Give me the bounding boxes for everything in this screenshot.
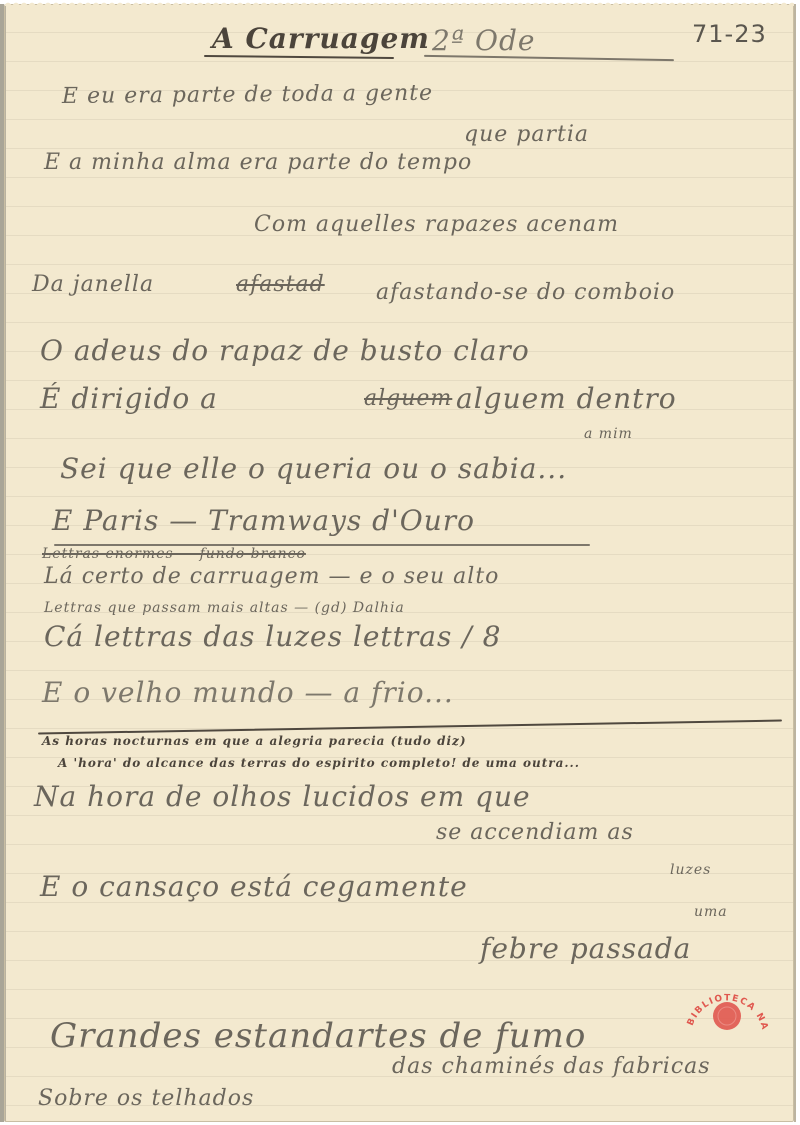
verse-line: Lettras que passam mais altas — (gd) Dal…	[44, 600, 405, 616]
header-subtitle-underline	[424, 55, 674, 61]
verse-line: É dirigido a	[40, 382, 218, 415]
note-line: As horas nocturnas em que a alegria pare…	[42, 734, 467, 748]
verse-line: Lá certo de carruagem — e o seu alto	[44, 564, 499, 589]
verse-insert: uma	[694, 904, 728, 920]
stamp-seal-icon: BIBLIOTECA NACIONAL	[682, 966, 772, 1046]
verse-line: E a minha alma era parte do tempo	[44, 150, 472, 175]
verse-insert: a mim	[584, 426, 633, 442]
struck-line: Lettras enormes — fundo branco	[42, 546, 306, 562]
verse-line: E o cansaço está cegamente	[40, 870, 468, 903]
verse-line: Grandes estandartes de fumo	[50, 1016, 586, 1056]
catalog-number: 71-23	[692, 20, 767, 48]
verse-line: febre passada	[480, 932, 691, 965]
scan-edge-right	[794, 4, 796, 1122]
header-title: A Carruagem	[212, 22, 430, 55]
verse-insert: que partia	[464, 122, 589, 147]
section-divider	[38, 720, 782, 735]
verse-line: E Paris — Tramways d'Ouro	[52, 504, 475, 537]
library-stamp: BIBLIOTECA NACIONAL	[682, 966, 772, 1046]
verse-line: O adeus do rapaz de busto claro	[40, 334, 530, 367]
verse-line: Na hora de olhos lucidos em que	[34, 780, 531, 813]
verse-line: E o velho mundo — a frio...	[42, 676, 454, 709]
verse-line: E eu era parte de toda a gente	[62, 81, 433, 109]
verse-line: alguem dentro	[456, 382, 677, 415]
struck-word: alguem	[364, 386, 452, 411]
verse-line: afastando-se do comboio	[376, 280, 675, 305]
manuscript-page: A Carruagem 2ª Ode 71-23 E eu era parte …	[4, 4, 794, 1122]
verse-line: Com aquelles rapazes acenam	[254, 212, 619, 237]
header-subtitle: 2ª Ode	[432, 24, 535, 57]
verse-insert: luzes	[670, 862, 711, 878]
verse-line: se accendiam as	[436, 820, 634, 845]
verse-line: Sei que elle o queria ou o sabia...	[60, 452, 567, 485]
header-title-underline	[204, 55, 394, 59]
verse-line: Da janella	[32, 272, 154, 297]
note-line: A 'hora' do alcance das terras do espiri…	[58, 756, 580, 770]
verse-line: das chaminés das fabricas	[392, 1054, 711, 1079]
verse-line: Cá lettras das luzes lettras / 8	[44, 620, 501, 653]
verse-line: Sobre os telhados	[38, 1086, 254, 1111]
struck-word: afastad	[236, 272, 325, 297]
